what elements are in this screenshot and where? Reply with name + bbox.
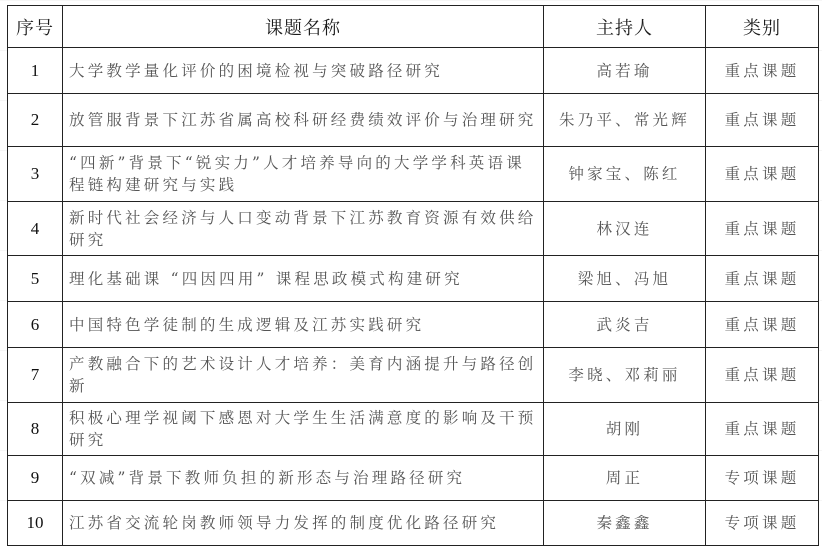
- table-row: 6 中国特色学徒制的生成逻辑及江苏实践研究 武炎吉 重点课题: [8, 302, 819, 348]
- project-host: 李晓、邓莉丽: [544, 348, 706, 403]
- project-category: 重点课题: [706, 94, 819, 147]
- row-number: 6: [8, 302, 63, 348]
- row-number: 9: [8, 456, 63, 501]
- table-row: 7 产教融合下的艺术设计人才培养：美育内涵提升与路径创新 李晓、邓莉丽 重点课题: [8, 348, 819, 403]
- header-host: 主持人: [544, 6, 706, 48]
- project-title: “双减”背景下教师负担的新形态与治理路径研究: [63, 456, 544, 501]
- header-row: 序号 课题名称 主持人 类别: [8, 6, 819, 48]
- project-host: 周正: [544, 456, 706, 501]
- project-category: 重点课题: [706, 302, 819, 348]
- project-host: 钟家宝、陈红: [544, 147, 706, 202]
- project-category: 重点课题: [706, 202, 819, 256]
- row-number: 2: [8, 94, 63, 147]
- project-category: 重点课题: [706, 403, 819, 456]
- table-row: 8 积极心理学视阈下感恩对大学生生活满意度的影响及干预研究 胡刚 重点课题: [8, 403, 819, 456]
- row-number: 4: [8, 202, 63, 256]
- project-title: 积极心理学视阈下感恩对大学生生活满意度的影响及干预研究: [63, 403, 544, 456]
- project-title: 江苏省交流轮岗教师领导力发挥的制度优化路径研究: [63, 501, 544, 546]
- project-category: 重点课题: [706, 256, 819, 302]
- project-category: 重点课题: [706, 348, 819, 403]
- project-host: 秦鑫鑫: [544, 501, 706, 546]
- header-category: 类别: [706, 6, 819, 48]
- project-category: 专项课题: [706, 456, 819, 501]
- project-host: 林汉连: [544, 202, 706, 256]
- project-category: 重点课题: [706, 48, 819, 94]
- table-row: 3 “四新”背景下“锐实力”人才培养导向的大学学科英语课程链构建研究与实践 钟家…: [8, 147, 819, 202]
- row-number: 7: [8, 348, 63, 403]
- table-row: 9 “双减”背景下教师负担的新形态与治理路径研究 周正 专项课题: [8, 456, 819, 501]
- project-host: 梁旭、冯旭: [544, 256, 706, 302]
- project-title: 大学教学量化评价的困境检视与突破路径研究: [63, 48, 544, 94]
- table-row: 5 理化基础课 “四因四用” 课程思政模式构建研究 梁旭、冯旭 重点课题: [8, 256, 819, 302]
- header-title: 课题名称: [63, 6, 544, 48]
- table-row: 2 放管服背景下江苏省属高校科研经费绩效评价与治理研究 朱乃平、常光辉 重点课题: [8, 94, 819, 147]
- project-title: 新时代社会经济与人口变动背景下江苏教育资源有效供给研究: [63, 202, 544, 256]
- row-number: 8: [8, 403, 63, 456]
- project-host: 武炎吉: [544, 302, 706, 348]
- row-number: 1: [8, 48, 63, 94]
- row-number: 10: [8, 501, 63, 546]
- project-category: 专项课题: [706, 501, 819, 546]
- row-number: 3: [8, 147, 63, 202]
- project-category: 重点课题: [706, 147, 819, 202]
- row-number: 5: [8, 256, 63, 302]
- project-title: 产教融合下的艺术设计人才培养：美育内涵提升与路径创新: [63, 348, 544, 403]
- table-row: 10 江苏省交流轮岗教师领导力发挥的制度优化路径研究 秦鑫鑫 专项课题: [8, 501, 819, 546]
- table-row: 4 新时代社会经济与人口变动背景下江苏教育资源有效供给研究 林汉连 重点课题: [8, 202, 819, 256]
- project-title: 放管服背景下江苏省属高校科研经费绩效评价与治理研究: [63, 94, 544, 147]
- project-host: 高若瑜: [544, 48, 706, 94]
- project-host: 胡刚: [544, 403, 706, 456]
- table-row: 1 大学教学量化评价的困境检视与突破路径研究 高若瑜 重点课题: [8, 48, 819, 94]
- project-title: “四新”背景下“锐实力”人才培养导向的大学学科英语课程链构建研究与实践: [63, 147, 544, 202]
- project-title: 中国特色学徒制的生成逻辑及江苏实践研究: [63, 302, 544, 348]
- project-title: 理化基础课 “四因四用” 课程思政模式构建研究: [63, 256, 544, 302]
- header-number: 序号: [8, 6, 63, 48]
- research-projects-table: 序号 课题名称 主持人 类别 1 大学教学量化评价的困境检视与突破路径研究 高若…: [7, 5, 819, 546]
- project-host: 朱乃平、常光辉: [544, 94, 706, 147]
